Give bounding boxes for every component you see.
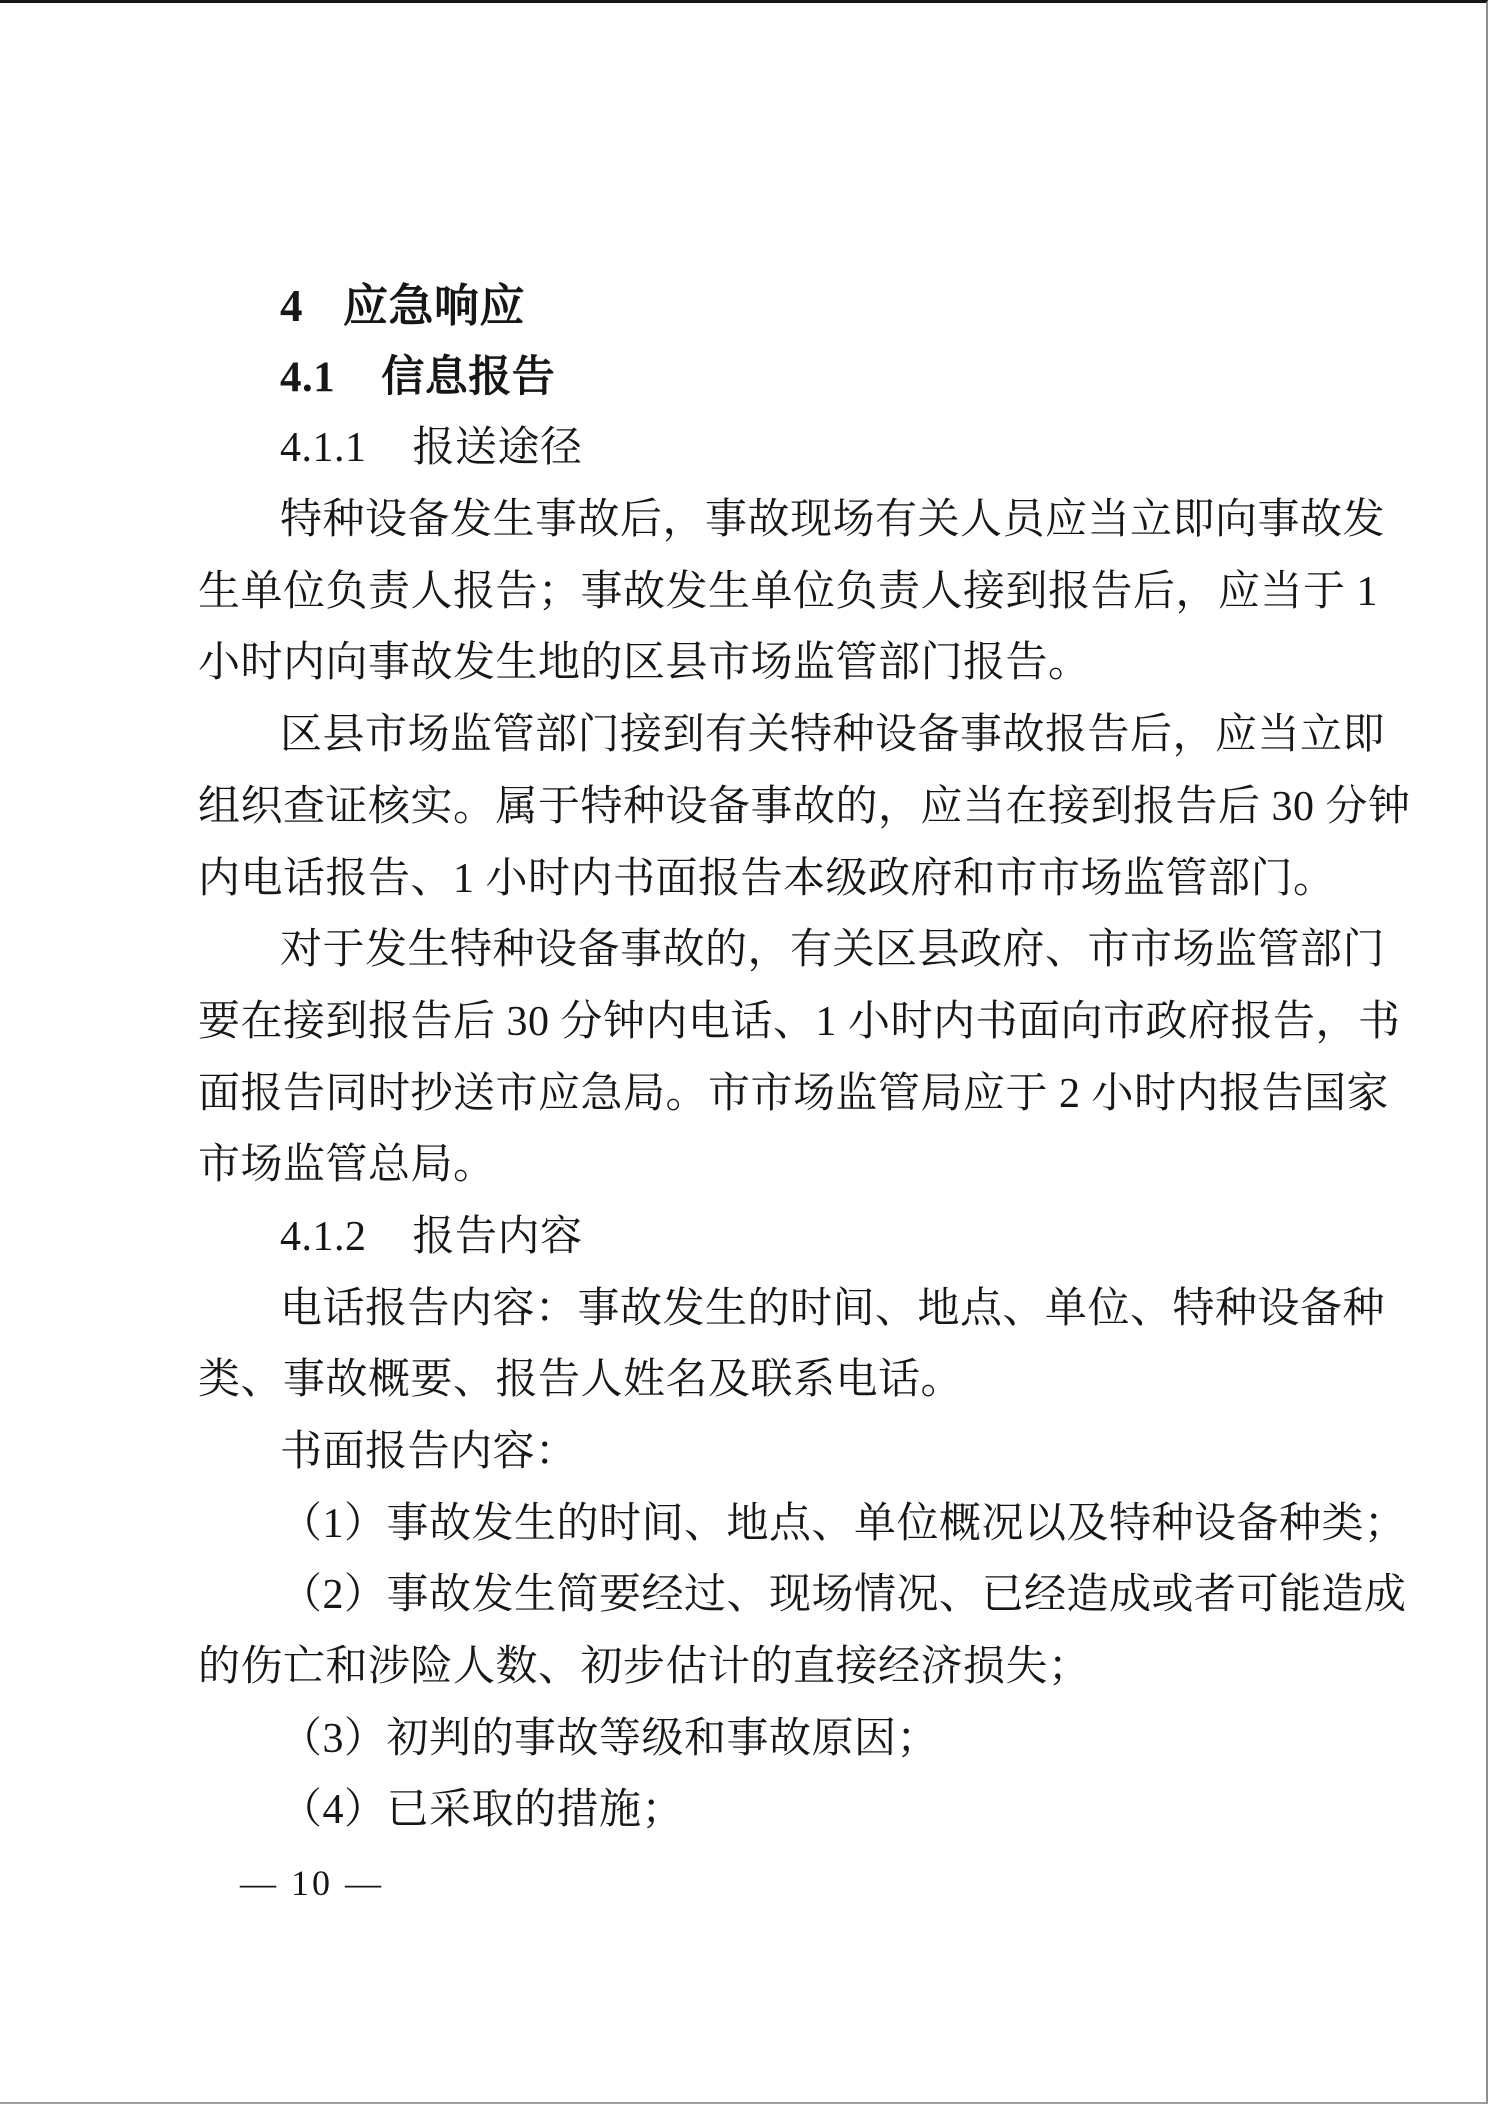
text-block: 4应急响应 4.1信息报告 4.1.1报送途径 特种设备发生事故后，事故现场有关… [198,270,1383,1847]
list-item-2-line-1: （2）事故发生简要经过、现场情况、已经造成或者可能造成 [198,1560,1383,1632]
paragraph-3-line-1: 对于发生特种设备事故的，有关区县政府、市市场监管部门 [198,915,1383,987]
paragraph-3-line-2: 要在接到报告后 30 分钟内电话、1 小时内书面向市政府报告，书 [198,987,1383,1059]
heading-section-4-1-2: 4.1.2报告内容 [198,1202,1383,1274]
document-page: 4应急响应 4.1信息报告 4.1.1报送途径 特种设备发生事故后，事故现场有关… [0,0,1488,2104]
paragraph-2-line-3: 内电话报告、1 小时内书面报告本级政府和市市场监管部门。 [198,844,1383,916]
paragraph-4-line-1: 电话报告内容：事故发生的时间、地点、单位、特种设备种 [198,1274,1383,1346]
heading-section-4-1-number: 4.1 [280,354,335,401]
heading-section-4-title: 应急响应 [343,280,525,331]
paragraph-1-line-1: 特种设备发生事故后，事故现场有关人员应当立即向事故发 [198,485,1383,557]
heading-section-4-1-title: 信息报告 [381,354,555,401]
paragraph-4-line-2: 类、事故概要、报告人姓名及联系电话。 [198,1345,1383,1417]
heading-section-4-number: 4 [280,281,303,331]
heading-section-4: 4应急响应 [198,270,1383,342]
heading-section-4-1-1: 4.1.1报送途径 [198,413,1383,485]
paragraph-3-line-3: 面报告同时抄送市应急局。市市场监管局应于 2 小时内报告国家 [198,1059,1383,1131]
paragraph-1-line-2: 生单位负责人报告；事故发生单位负责人接到报告后，应当于 1 [198,557,1383,629]
list-item-2-line-2: 的伤亡和涉险人数、初步估计的直接经济损失； [198,1632,1383,1704]
heading-section-4-1-2-number: 4.1.2 [280,1214,367,1260]
list-item-1: （1）事故发生的时间、地点、单位概况以及特种设备种类； [198,1489,1383,1561]
paragraph-3-line-4: 市场监管总局。 [198,1130,1383,1202]
heading-section-4-1: 4.1信息报告 [198,342,1383,414]
paragraph-2-line-1: 区县市场监管部门接到有关特种设备事故报告后，应当立即 [198,700,1383,772]
heading-section-4-1-2-title: 报告内容 [413,1214,583,1260]
paragraph-2-line-2: 组织查证核实。属于特种设备事故的，应当在接到报告后 30 分钟 [198,772,1383,844]
heading-section-4-1-1-title: 报送途径 [413,425,583,471]
list-item-3: （3）初判的事故等级和事故原因； [198,1704,1383,1776]
list-item-4: （4）已采取的措施； [198,1775,1383,1847]
paragraph-5-line-1: 书面报告内容： [198,1417,1383,1489]
paragraph-1-line-3: 小时内向事故发生地的区县市场监管部门报告。 [198,628,1383,700]
heading-section-4-1-1-number: 4.1.1 [280,425,367,471]
page-number: — 10 — [240,1861,384,1905]
